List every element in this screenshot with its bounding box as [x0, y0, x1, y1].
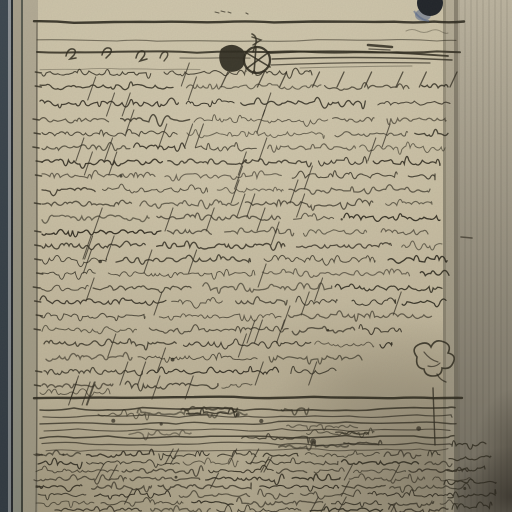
manuscript-photo — [0, 0, 512, 512]
ink-drawing-layer — [0, 0, 512, 512]
paper-grain-texture — [0, 0, 512, 512]
